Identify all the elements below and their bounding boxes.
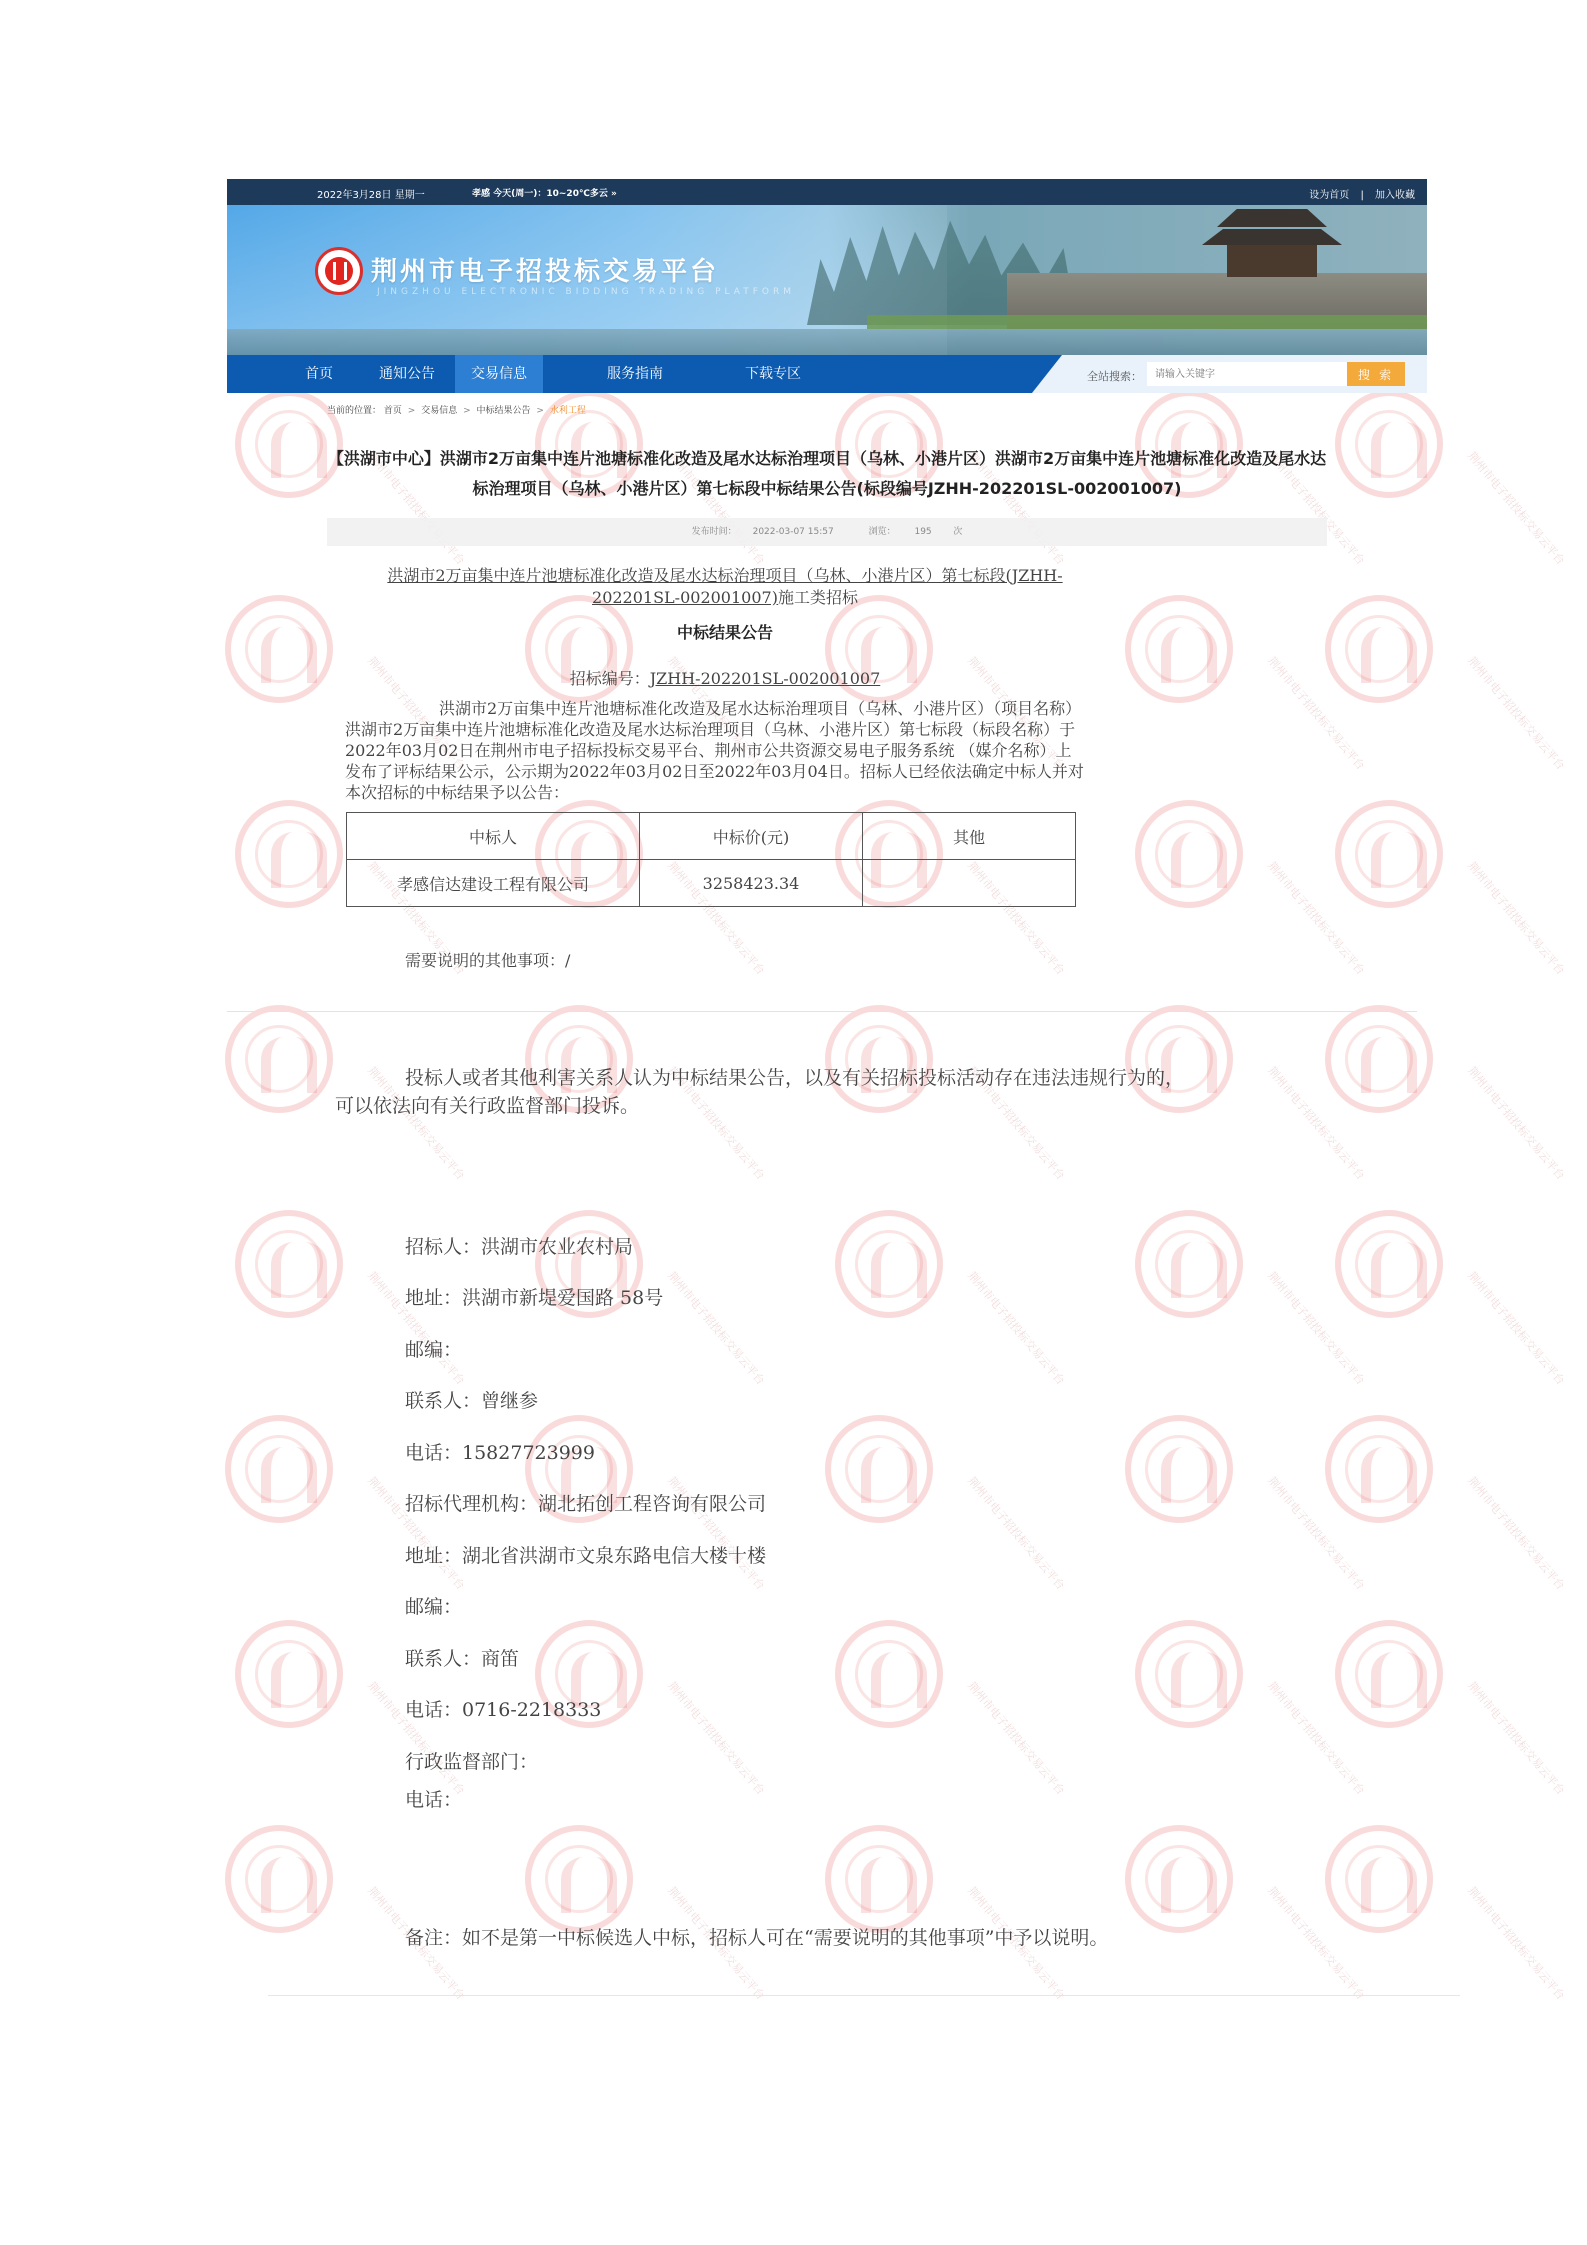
watermark-text: 荆州市电子招投标交易云平台 xyxy=(1464,1063,1568,1183)
weather-info[interactable]: 孝感 今天(周一)：10~20℃多云 » xyxy=(472,186,617,199)
watermark-seal-icon xyxy=(225,595,333,703)
watermark-seal-icon xyxy=(1125,1415,1233,1523)
watermark-seal-icon xyxy=(1125,595,1233,703)
page-divider xyxy=(227,1011,1417,1012)
watermark-seal-icon xyxy=(1335,800,1443,908)
watermark-seal-icon xyxy=(225,1825,333,1933)
watermark-text: 荆州市电子招投标交易云平台 xyxy=(1264,1063,1368,1183)
table-row: 孝感信达建设工程有限公司 3258423.34 xyxy=(347,860,1076,907)
watermark-seal-icon xyxy=(235,1210,343,1318)
supervisor-department: 行政监督部门： xyxy=(405,1747,538,1774)
column-header-price: 中标价(元) xyxy=(640,813,863,860)
project-heading-suffix: 施工类招标 xyxy=(778,588,858,607)
top-links: 设为首页 | 加入收藏 xyxy=(1301,186,1415,201)
article-meta: 发布时间：2022-03-07 15:57 浏览： 195 次 xyxy=(327,518,1327,546)
watermark-seal-icon xyxy=(1325,1005,1433,1113)
watermark-text: 荆州市电子招投标交易云平台 xyxy=(1264,653,1368,773)
breadcrumb-home[interactable]: 首页 xyxy=(384,406,402,416)
search-label: 全站搜索： xyxy=(1087,368,1142,384)
banner: 荆州市电子招投标交易平台 JINGZHOU ELECTRONIC BIDDING… xyxy=(227,205,1427,355)
site-header: 2022年3月28日 星期一 孝感 今天(周一)：10~20℃多云 » 设为首页… xyxy=(227,179,1427,393)
winner-name: 孝感信达建设工程有限公司 xyxy=(347,860,640,907)
article-title: 【洪湖市中心】洪湖市2万亩集中连片池塘标准化改造及尾水达标治理项目（乌林、小港片… xyxy=(327,444,1327,504)
watermark-text: 荆州市电子招投标交易云平台 xyxy=(1464,653,1568,773)
publish-time-label: 发布时间： xyxy=(692,527,737,537)
breadcrumb-separator: > xyxy=(408,406,416,416)
result-title: 中标结果公告 xyxy=(355,620,1095,643)
banner-water xyxy=(227,329,1427,355)
other-cell xyxy=(863,860,1076,907)
bottom-divider xyxy=(268,1995,1460,1996)
project-heading-underlined: 洪湖市2万亩集中连片池塘标准化改造及尾水达标治理项目（乌林、小港片区）第七标段(… xyxy=(387,566,1062,607)
watermark-text: 荆州市电子招投标交易云平台 xyxy=(1264,1678,1368,1798)
bookmark-link[interactable]: 加入收藏 xyxy=(1375,190,1415,201)
tender-number-value: JZHH-202201SL-002001007 xyxy=(650,669,881,688)
site-subtitle: JINGZHOU ELECTRONIC BIDDING TRADING PLAT… xyxy=(377,287,795,297)
watermark-seal-icon xyxy=(1325,1825,1433,1933)
watermark-seal-icon xyxy=(235,1620,343,1728)
views-count: 195 xyxy=(914,527,931,537)
tenderer-address: 地址：洪湖市新堤爱国路 58号 xyxy=(405,1283,663,1310)
publish-time: 2022-03-07 15:57 xyxy=(753,527,834,537)
project-heading: 洪湖市2万亩集中连片池塘标准化改造及尾水达标治理项目（乌林、小港片区）第七标段(… xyxy=(355,565,1095,609)
watermark-text: 荆州市电子招投标交易云平台 xyxy=(1464,448,1568,568)
watermark-seal-icon xyxy=(225,1005,333,1113)
watermark-seal-icon xyxy=(1335,390,1443,498)
watermark-text: 荆州市电子招投标交易云平台 xyxy=(664,1678,768,1798)
agency-address: 地址：湖北省洪湖市文泉东路电信大楼十楼 xyxy=(405,1541,766,1568)
tenderer-postcode: 邮编： xyxy=(405,1335,462,1362)
watermark-seal-icon xyxy=(835,1620,943,1728)
watermark-seal-icon xyxy=(1335,1620,1443,1728)
watermark-text: 荆州市电子招投标交易云平台 xyxy=(964,1678,1068,1798)
watermark-seal-icon xyxy=(235,800,343,908)
watermark-seal-icon xyxy=(1335,1210,1443,1318)
top-link-separator: | xyxy=(1360,190,1363,201)
other-matters: 需要说明的其他事项：/ xyxy=(405,948,570,971)
watermark-seal-icon xyxy=(1135,1620,1243,1728)
watermark-seal-icon xyxy=(835,1210,943,1318)
nav-item-service-guide[interactable]: 服务指南 xyxy=(591,355,679,393)
search-input[interactable] xyxy=(1147,362,1347,386)
table-header-row: 中标人 中标价(元) 其他 xyxy=(347,813,1076,860)
watermark-text: 荆州市电子招投标交易云平台 xyxy=(1464,1473,1568,1593)
breadcrumb-award-notices[interactable]: 中标结果公告 xyxy=(477,406,531,416)
watermark-seal-icon xyxy=(825,1415,933,1523)
watermark-text: 荆州市电子招投标交易云平台 xyxy=(1464,1883,1568,2003)
watermark-seal-icon xyxy=(1325,1415,1433,1523)
tender-number-label: 招标编号： xyxy=(570,669,650,688)
set-home-link[interactable]: 设为首页 xyxy=(1309,190,1349,201)
watermark-seal-icon xyxy=(1125,1825,1233,1933)
watermark-text: 荆州市电子招投标交易云平台 xyxy=(1264,1883,1368,2003)
watermark-text: 荆州市电子招投标交易云平台 xyxy=(1464,1268,1568,1388)
site-title: 荆州市电子招投标交易平台 xyxy=(371,251,719,288)
award-result-table: 中标人 中标价(元) 其他 孝感信达建设工程有限公司 3258423.34 xyxy=(346,812,1076,907)
column-header-other: 其他 xyxy=(863,813,1076,860)
watermark-seal-icon xyxy=(1135,1210,1243,1318)
banner-tower-roof xyxy=(1202,229,1342,245)
breadcrumb-prefix: 当前的位置： xyxy=(327,406,381,416)
watermark-seal-icon xyxy=(1325,595,1433,703)
watermark-text: 荆州市电子招投标交易云平台 xyxy=(664,1268,768,1388)
watermark-text: 荆州市电子招投标交易云平台 xyxy=(1264,1268,1368,1388)
agency-contact-person: 联系人：商笛 xyxy=(405,1644,519,1671)
tenderer-phone: 电话：15827723999 xyxy=(405,1438,595,1465)
breadcrumb-separator: > xyxy=(536,406,544,416)
complaint-paragraph: 投标人或者其他利害关系人认为中标结果公告，以及有关招标投标活动存在违法违规行为的… xyxy=(335,1064,1195,1120)
watermark-text: 荆州市电子招投标交易云平台 xyxy=(1264,858,1368,978)
watermark-text: 荆州市电子招投标交易云平台 xyxy=(964,1473,1068,1593)
watermark-text: 荆州市电子招投标交易云平台 xyxy=(1464,858,1568,978)
supervisor-phone: 电话： xyxy=(405,1785,462,1812)
current-date: 2022年3月28日 星期一 xyxy=(317,186,425,201)
search-button[interactable]: 搜 索 xyxy=(1347,362,1405,386)
banner-grass xyxy=(867,315,1427,329)
banner-tower-roof-top xyxy=(1217,209,1327,227)
tenderer: 招标人：洪湖市农业农村局 xyxy=(405,1232,633,1259)
nav-item-home[interactable]: 首页 xyxy=(275,355,363,393)
agency: 招标代理机构：湖北拓创工程咨询有限公司 xyxy=(405,1489,766,1516)
watermark-text: 荆州市电子招投标交易云平台 xyxy=(1464,1678,1568,1798)
agency-phone: 电话：0716-2218333 xyxy=(405,1695,601,1722)
column-header-winner: 中标人 xyxy=(347,813,640,860)
breadcrumb: 当前的位置： 首页 > 交易信息 > 中标结果公告 > 水利工程 xyxy=(327,403,586,416)
tender-number: 招标编号：JZHH-202201SL-002001007 xyxy=(355,666,1095,689)
watermark-seal-icon xyxy=(225,1415,333,1523)
watermark-seal-icon xyxy=(525,1825,633,1933)
breadcrumb-current[interactable]: 水利工程 xyxy=(550,406,586,416)
views-label: 浏览： xyxy=(869,527,896,537)
breadcrumb-separator: > xyxy=(463,406,471,416)
platform-logo-icon[interactable] xyxy=(315,247,363,295)
banner-tower-image xyxy=(1227,243,1317,277)
intro-paragraph: 洪湖市2万亩集中连片池塘标准化改造及尾水达标治理项目（乌林、小港片区）（项目名称… xyxy=(345,698,1085,803)
watermark-text: 荆州市电子招投标交易云平台 xyxy=(964,1268,1068,1388)
nav-item-downloads[interactable]: 下载专区 xyxy=(729,355,817,393)
top-bar: 2022年3月28日 星期一 孝感 今天(周一)：10~20℃多云 » 设为首页… xyxy=(227,179,1427,205)
watermark-text: 荆州市电子招投标交易云平台 xyxy=(1264,1473,1368,1593)
remark-paragraph: 备注：如不是第一中标候选人中标，招标人可在“需要说明的其他事项”中予以说明。 xyxy=(335,1924,1195,1952)
nav-item-trade-info[interactable]: 交易信息 xyxy=(455,355,543,393)
agency-postcode: 邮编： xyxy=(405,1592,462,1619)
breadcrumb-trade-info[interactable]: 交易信息 xyxy=(421,406,457,416)
watermark-seal-icon xyxy=(1135,800,1243,908)
winning-price: 3258423.34 xyxy=(640,860,863,907)
views-unit: 次 xyxy=(953,527,962,537)
watermark-seal-icon xyxy=(825,1825,933,1933)
main-nav: 首页 通知公告 交易信息 服务指南 下载专区 全站搜索： 搜 索 xyxy=(227,355,1427,393)
nav-item-notices[interactable]: 通知公告 xyxy=(363,355,451,393)
tenderer-contact-person: 联系人：曾继参 xyxy=(405,1386,538,1413)
